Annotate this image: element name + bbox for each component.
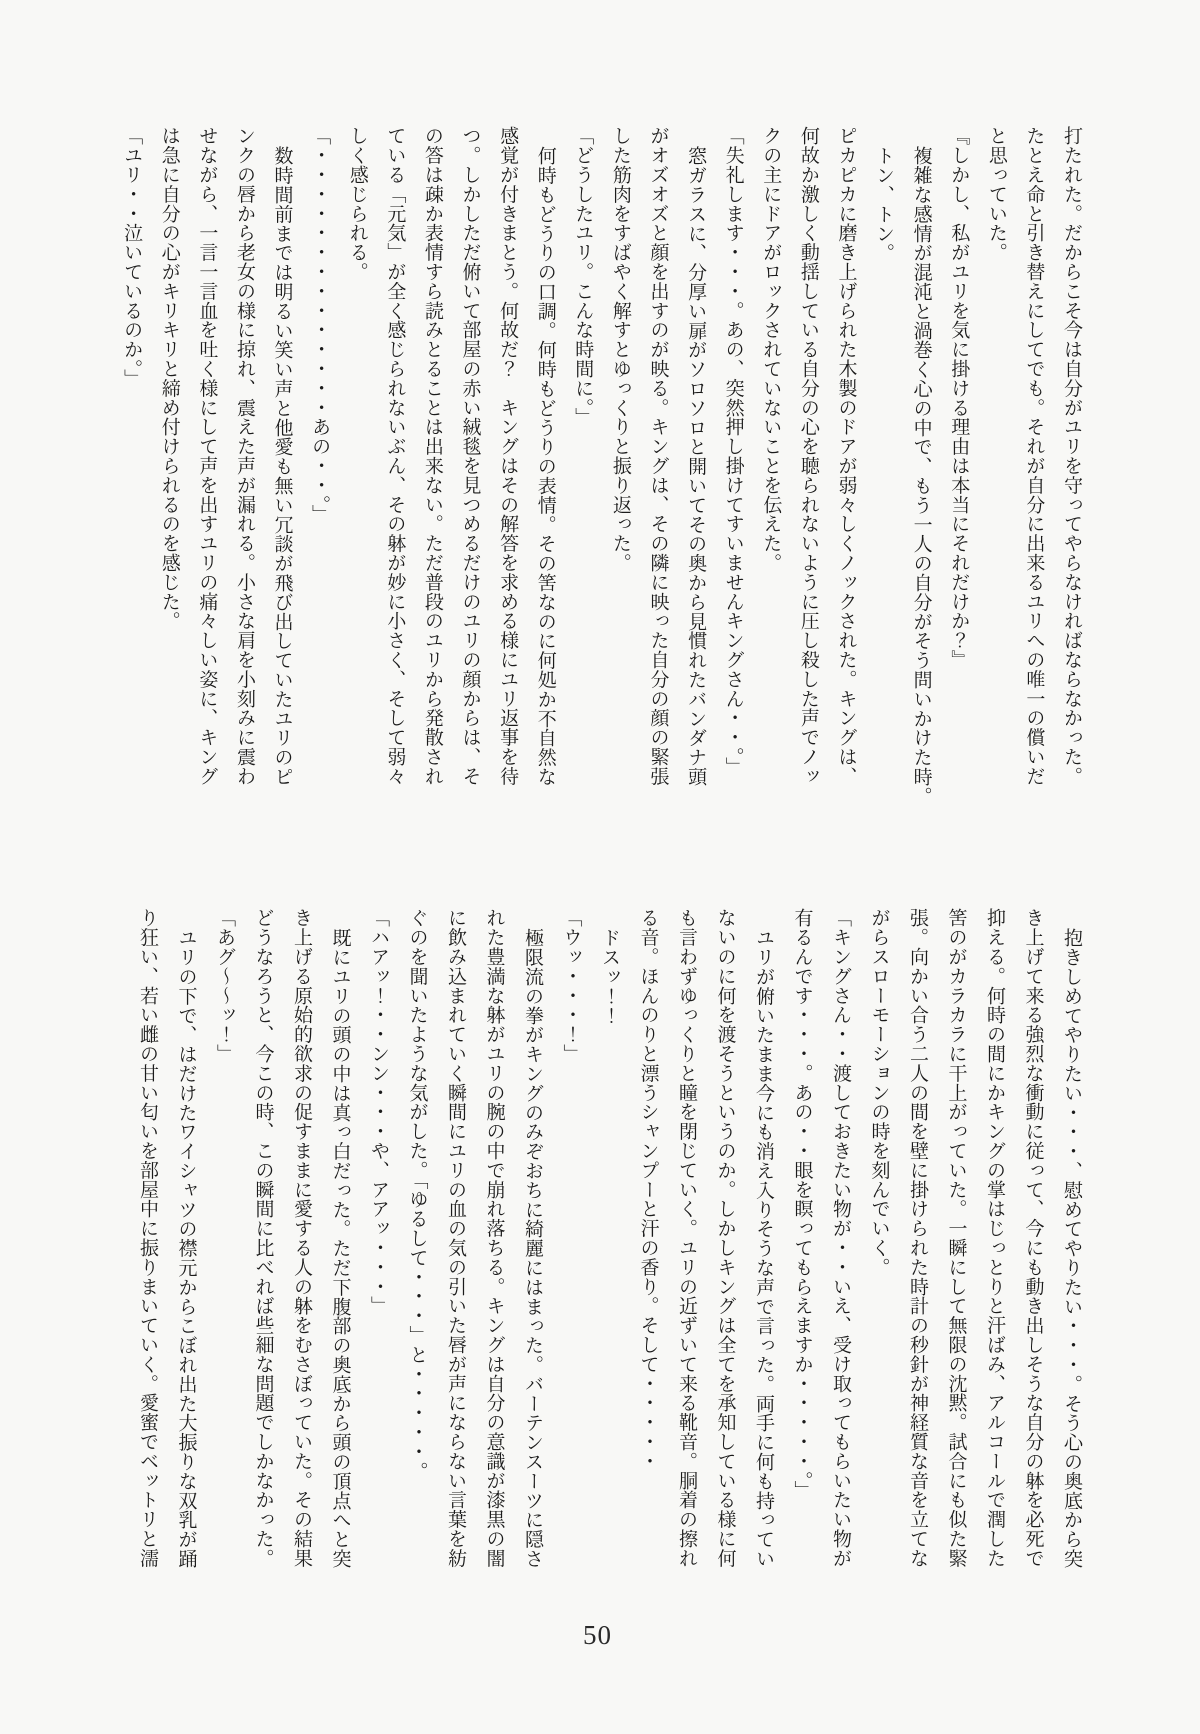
text-column: る音。ほんのりと漂うシャンプーと汗の香り。そして・・・・・	[628, 908, 667, 1606]
text-column: 「あグ〜〜ッ！」	[205, 908, 244, 1606]
text-column: 「キングさん・・渡しておきたい物が・・いえ、受け取ってもらいたい物が	[821, 908, 860, 1606]
text-column: ている「元気」が全く感じられないぶん、その躰が妙に小さく、そして弱々	[376, 126, 414, 820]
text-column: 抱きしめてやりたい・・・、慰めてやりたい・・・。そう心の奥底から突	[1052, 908, 1091, 1606]
text-block-top: 打たれた。だからこそ今は自分がユリを守ってやらなければならなかった。たとえ命と引…	[113, 126, 1090, 820]
text-column: 複雑な感情が混沌と渦巻く心の中で、もう一人の自分がそう問いかけた時。	[902, 126, 940, 820]
text-column: 抑える。何時の間にかキングの掌はじっとりと汗ばみ、アルコールで潤した	[975, 908, 1014, 1606]
text-column: つ。しかしただ俯いて部屋の赤い絨毯を見つめるだけのユリの顔からは、そ	[451, 126, 489, 820]
text-column: れた豊満な躰がユリの腕の中で崩れ落ちる。キングは自分の意識が漆黒の闇	[474, 908, 513, 1606]
text-column: 既にユリの頭の中は真っ白だった。ただ下腹部の奥底から頭の頂点へと突	[320, 908, 359, 1606]
text-column: ドスッ！！	[590, 908, 629, 1606]
text-column: き上げる原始的欲求の促すままに愛する人の躰をむさぼっていた。その結果	[282, 908, 321, 1606]
text-column: した筋肉をすばやく解すとゆっくりと振り返った。	[601, 126, 639, 820]
text-column: ユリが俯いたまま今にも消え入りそうな声で言った。両手に何も持ってい	[744, 908, 783, 1606]
text-column: 有るんです・・・。あの・・眼を瞑ってもらえますか・・・・・。」	[782, 908, 821, 1606]
text-column: ンクの唇から老女の様に掠れ、震えた声が漏れる。小さな肩を小刻みに震わ	[225, 126, 263, 820]
text-column: き上げて来る強烈な衝動に従って、今にも動き出しそうな自分の躰を必死で	[1013, 908, 1052, 1606]
text-column: 「ハアッ！・・ンン・・・や、アアッ・・・」	[359, 908, 398, 1606]
text-column: 「ウッ・・・！」	[551, 908, 590, 1606]
text-column: しく感じられる。	[338, 126, 376, 820]
text-column: に飲み込まれていく瞬間にユリの血の気の引いた唇が声にならない言葉を紡	[436, 908, 475, 1606]
text-column: クの主にドアがロックされていないことを伝えた。	[752, 126, 790, 820]
text-column: 『しかし、私がユリを気に掛ける理由は本当にそれだけか？』	[940, 126, 978, 820]
text-column: がらスローモーションの時を刻んでいく。	[859, 908, 898, 1606]
text-column: 極限流の拳がキングのみぞおちに綺麗にはまった。バーテンスーツに隠さ	[513, 908, 552, 1606]
text-column: も言わずゆっくりと瞳を閉じていく。ユリの近ずいて来る靴音。胴着の擦れ	[667, 908, 706, 1606]
text-column: 張。向かい合う二人の間を壁に掛けられた時計の秒針が神経質な音を立てな	[898, 908, 937, 1606]
text-column: り狂い、若い雌の甘い匂いを部屋中に振りまいていく。愛蜜でベットリと濡	[128, 908, 167, 1606]
text-column: ユリの下で、はだけたワイシャツの襟元からこぼれ出た大振りな双乳が踊	[166, 908, 205, 1606]
text-column: 窓ガラスに、分厚い扉がソロソロと開いてその奥から見慣れたバンダナ頭	[676, 126, 714, 820]
text-column: 何故か激しく動揺している自分の心を聴られないように圧し殺した声でノッ	[789, 126, 827, 820]
text-column: 筈のがカラカラに干上がっていた。一瞬にして無限の沈黙。試合にも似た緊	[936, 908, 975, 1606]
text-column: は急に自分の心がキリキリと締め付けられるのを感じた。	[150, 126, 188, 820]
text-column: せながら、一言一言血を吐く様にして声を出すユリの痛々しい姿に、キング	[188, 126, 226, 820]
text-column: の答は疎か表情すら読みとることは出来ない。ただ普段のユリから発散され	[413, 126, 451, 820]
text-column: 「ユリ・・泣いているのか。」	[113, 126, 151, 820]
text-column: トン、トン。	[864, 126, 902, 820]
text-column: 感覚が付きまとう。何故だ？ キングはその解答を求める様にユリ返事を待	[489, 126, 527, 820]
text-block-bottom: 抱きしめてやりたい・・・、慰めてやりたい・・・。そう心の奥底から突き上げて来る強…	[128, 908, 1091, 1606]
text-column: がオズオズと顔を出すのが映る。キングは、その隣に映った自分の顔の緊張	[639, 126, 677, 820]
text-column: 何時もどうりの口調。何時もどうりの表情。その筈なのに何処か不自然な	[526, 126, 564, 820]
text-column: と思っていた。	[977, 126, 1015, 820]
text-column: 「失礼します・・・。あの、突然押し掛けてすいませんキングさん・・。」	[714, 126, 752, 820]
text-column: 「どうしたユリ。こんな時間に。」	[564, 126, 602, 820]
text-column: ピカピカに磨き上げられた木製のドアが弱々しくノックされた。キングは、	[827, 126, 865, 820]
text-column: たとえ命と引き替えにしてでも。それが自分に出来るユリへの唯一の償いだ	[1015, 126, 1053, 820]
text-column: ぐのを聞いたような気がした。「ゆるして・・・」と・・・・・。	[397, 908, 436, 1606]
text-column: どうなろうと、今この時、この瞬間に比べれば些細な問題でしかなかった。	[243, 908, 282, 1606]
text-column: ないのに何を渡そうというのか。しかしキングは全てを承知している様に何	[705, 908, 744, 1606]
text-column: 「・・・・・・・・・・・・・・あの・・。」	[301, 126, 339, 820]
text-column: 打たれた。だからこそ今は自分がユリを守ってやらなければならなかった。	[1052, 126, 1090, 820]
page-number: 50	[583, 1620, 612, 1651]
text-column: 数時間前までは明るい笑い声と他愛も無い冗談が飛び出していたユリのピ	[263, 126, 301, 820]
scanned-novel-page: { "page": { "number": "50", "text_color"…	[0, 0, 1200, 1734]
